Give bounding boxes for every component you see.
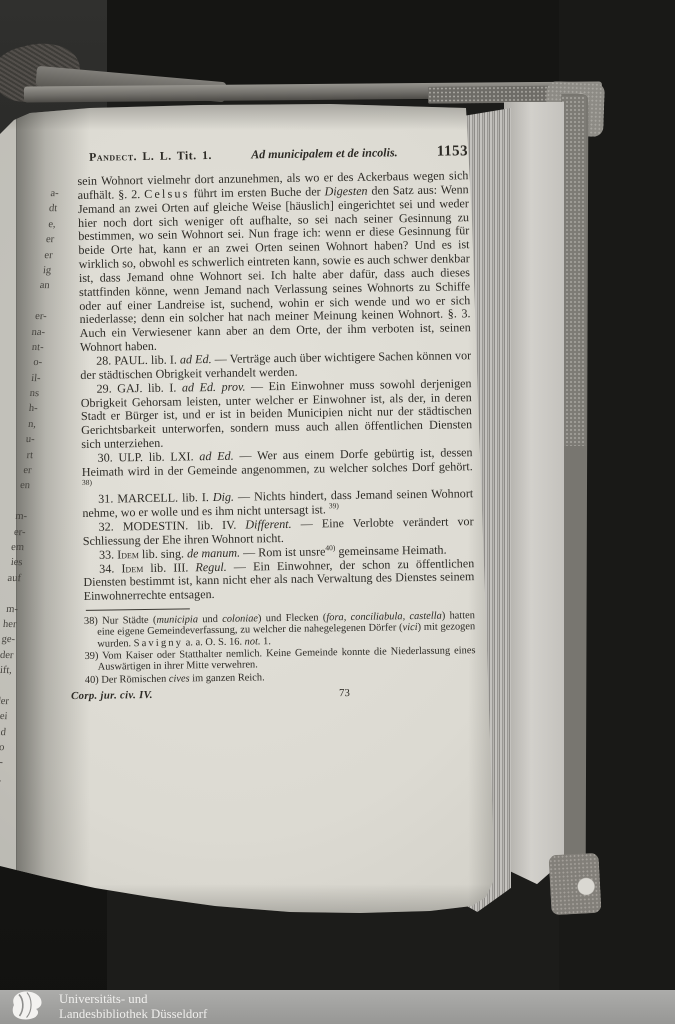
text-run: Digesten xyxy=(324,184,367,199)
left-page-text-fragment: nt- xyxy=(17,340,44,356)
left-page-text-fragment: er xyxy=(26,247,53,263)
left-page-text-fragment xyxy=(0,586,20,602)
text-run: 29. GAJ. lib. I. xyxy=(96,380,182,395)
left-page-text-fragment: na- xyxy=(18,324,45,340)
paragraph: 29. GAJ. lib. I. ad Ed. prov. — Ein Einw… xyxy=(80,377,472,452)
text-run: 38) Nur Städte ( xyxy=(84,615,157,627)
text-run: Idem xyxy=(117,547,139,561)
left-page-text-fragment: an xyxy=(23,278,50,294)
left-page-text-fragment: er xyxy=(5,463,32,479)
text-run: und xyxy=(198,614,222,625)
ulb-logo-icon xyxy=(7,989,47,1024)
library-name-line1: Universitäts- und xyxy=(59,992,207,1007)
text-run: ad Ed. xyxy=(199,449,234,464)
left-page-text-fragment: ge- xyxy=(0,632,16,648)
left-page-text-fragment: er- xyxy=(0,524,26,540)
left-page-text-fragment: der xyxy=(0,694,10,710)
left-page-text-fragment: ift, xyxy=(0,663,13,679)
text-run: Celsus xyxy=(144,186,190,201)
left-page-text-fragment: der xyxy=(0,648,14,664)
text-run: a. a. O. S. 16. xyxy=(183,636,245,648)
text-run: Regul. xyxy=(195,559,226,573)
library-banner: Universitäts- und Landesbibliothek Düsse… xyxy=(0,990,675,1024)
left-page-text-fragment xyxy=(21,294,48,310)
footnote-rule xyxy=(86,609,190,612)
left-page-text-fragment: ig xyxy=(24,263,51,279)
paragraph: 30. ULP. lib. LXI. ad Ed. — Wer aus eine… xyxy=(81,446,473,493)
text-run: Savigny xyxy=(134,637,184,649)
text-run: ad Ed. xyxy=(180,352,212,366)
left-page-text-fragment: e, xyxy=(29,217,56,233)
left-page-text-fragment: her xyxy=(0,617,17,633)
footnotes: 38) Nur Städte (municipia und coloniae) … xyxy=(84,610,476,686)
paragraph: 38) Nur Städte (municipia und coloniae) … xyxy=(84,610,475,650)
library-name-line2: Landesbibliothek Düsseldorf xyxy=(59,1007,207,1022)
library-name: Universitäts- und Landesbibliothek Düsse… xyxy=(59,992,207,1023)
text-run: — Rom ist unsre xyxy=(240,544,326,559)
text-run: lib. sing. xyxy=(139,546,187,561)
left-page-text-fragment: h- xyxy=(11,401,38,417)
left-page-text-fragment: er xyxy=(27,232,54,248)
page-content: Pandect. L. L. Tit. 1. Ad municipalem et… xyxy=(77,143,476,704)
left-page-text-fragment: er- xyxy=(20,309,47,325)
text-run: not. xyxy=(245,636,261,647)
text-run: 40) Der Römischen xyxy=(85,673,169,685)
running-header-journal: Pandect. xyxy=(89,149,137,164)
text-run: ad Ed. prov. xyxy=(182,379,246,394)
text-run: 38) xyxy=(82,477,92,486)
book-endpaper-edge xyxy=(504,102,564,892)
paragraph: 34. Idem lib. III. Regul. — Ein Einwohne… xyxy=(83,557,475,604)
text-run: de manum. xyxy=(187,545,240,560)
text-run: ) und Flecken ( xyxy=(258,613,327,625)
left-page-text-fragment: em xyxy=(0,540,25,556)
page-number: 1153 xyxy=(437,143,468,160)
text-run: coloniae xyxy=(222,614,258,626)
text-run: Different. xyxy=(245,517,291,532)
left-page-text-fragment: ns xyxy=(12,386,39,402)
left-page-text-fragment: o- xyxy=(15,355,42,371)
text-run: Idem xyxy=(121,561,143,575)
text-run: municipia xyxy=(156,614,198,626)
book-cover-cloth-texture-right xyxy=(561,96,586,446)
left-page-text-fragment: il- xyxy=(14,371,41,387)
running-header-locator: L. L. Tit. 1. xyxy=(142,148,212,163)
text-run: lib. III. xyxy=(143,560,195,575)
text-run: im ganzen Reich. xyxy=(190,672,265,684)
left-page-text-fragment: en xyxy=(3,478,30,494)
paragraph: sein Wohnort vielmehr dort anzunehmen, a… xyxy=(77,169,471,355)
body-text: sein Wohnort vielmehr dort anzunehmen, a… xyxy=(77,169,474,604)
left-page-text-fragment: n, xyxy=(9,417,36,433)
text-run: den Satz aus: Wenn Jemand an zwei Orten … xyxy=(78,182,471,354)
left-page-text-fragment: m- xyxy=(0,601,19,617)
left-page-text-fragment: ies xyxy=(0,555,23,571)
text-run: 33. xyxy=(99,547,117,561)
left-page-text-fragment: m- xyxy=(0,509,27,525)
left-page-text-fragment xyxy=(2,494,29,510)
sheet-number: 73 xyxy=(339,687,350,699)
text-run: 28. PAUL. lib. I. xyxy=(96,352,180,367)
left-page-text-fragment: a- xyxy=(32,186,59,202)
text-run: 34. xyxy=(99,561,121,575)
left-page-text-fragment: rt xyxy=(6,448,33,464)
running-header-title: Ad municipalem et de incolis. xyxy=(251,145,398,162)
left-page-text-fragment: dt xyxy=(30,201,57,217)
text-run: vici xyxy=(403,622,418,633)
text-run: Dig. xyxy=(213,490,234,504)
running-header-left: Pandect. L. L. Tit. 1. xyxy=(89,148,212,165)
book-cover-corner-bottom-right xyxy=(548,853,601,916)
scanned-book-photo: { "colors":{"background":"#1c1c1a","pape… xyxy=(0,0,675,1024)
left-page-text-fragment: u- xyxy=(8,432,35,448)
left-page-text-fragment: auf xyxy=(0,571,22,587)
left-page-text-fragment xyxy=(0,678,11,694)
text-run: 1. xyxy=(260,636,271,647)
text-run: cives xyxy=(169,673,190,684)
text-run: 39) xyxy=(329,501,339,510)
volume-signature: Corp. jur. civ. IV. xyxy=(71,689,153,702)
